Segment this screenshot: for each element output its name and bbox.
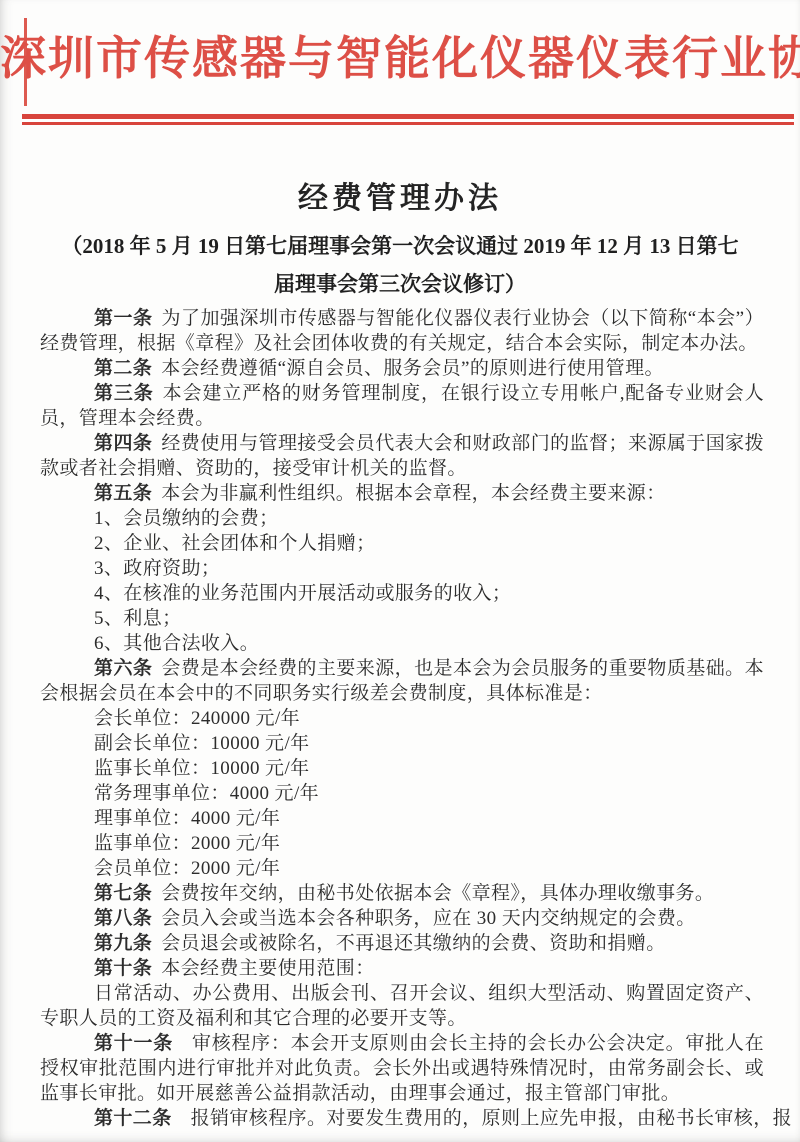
income-source-item-5-text: 5、利息；: [94, 608, 182, 629]
fee-line-executive-director-text: 常务理事单位：4000 元/年: [94, 783, 319, 804]
article-10-text: 本会经费主要使用范围：: [161, 958, 374, 979]
letterhead-double-rule: [22, 114, 794, 125]
article-4: 第四条经费使用与管理接受会员代表大会和财政部门的监督；来源属于国家拨款或者社会捐…: [40, 431, 764, 481]
article-5: 第五条本会为非赢利性组织。根据本会章程，本会经费主要来源：: [40, 481, 764, 506]
scanned-document-page: 深圳市传感器与智能化仪器仪表行业协会 经费管理办法 （2018 年 5 月 19…: [0, 0, 800, 1142]
article-6: 第六条会费是本会经费的主要来源，也是本会为会员服务的重要物质基础。本会根据会员在…: [40, 656, 764, 706]
article-10: 第十条本会经费主要使用范围：: [40, 956, 764, 981]
fee-line-chief-supervisor: 监事长单位：10000 元/年: [40, 756, 764, 781]
article-8-label: 第八条: [94, 908, 152, 929]
article-10-label: 第十条: [94, 958, 152, 979]
fee-line-director-text: 理事单位：4000 元/年: [94, 808, 280, 829]
article-7-text: 会费按年交纳，由秘书处依据本会《章程》，具体办理收缴事务。: [161, 883, 714, 904]
expense-scope-text: 日常活动、办公费用、出版会刊、召开会议、组织大型活动、购置固定资产、专职人员的工…: [40, 983, 764, 1029]
fee-line-vice-president-text: 副会长单位：10000 元/年: [94, 733, 310, 754]
article-1-label: 第一条: [94, 308, 152, 329]
article-9: 第九条会员退会或被除名，不再退还其缴纳的会费、资助和捐赠。: [40, 931, 764, 956]
income-source-item-2-text: 2、企业、社会团体和个人捐赠；: [94, 533, 376, 554]
income-source-item-1: 1、会员缴纳的会费；: [40, 506, 764, 531]
fee-line-member: 会员单位：2000 元/年: [40, 856, 764, 881]
fee-line-president-text: 会长单位：240000 元/年: [94, 708, 300, 729]
article-5-text: 本会为非赢利性组织。根据本会章程，本会经费主要来源：: [161, 483, 665, 504]
article-2-text: 本会经费遵循“源自会员、服务会员”的原则进行使用管理。: [161, 358, 664, 379]
fee-line-executive-director: 常务理事单位：4000 元/年: [40, 781, 764, 806]
letterhead-org-name: 深圳市传感器与智能化仪器仪表行业协会: [0, 22, 800, 96]
article-8: 第八条会员入会或当选本会各种职务，应在 30 天内交纳规定的会费。: [40, 906, 764, 931]
article-6-label: 第六条: [94, 658, 152, 679]
article-12-label: 第十二条: [94, 1108, 172, 1129]
fee-line-supervisor: 监事单位：2000 元/年: [40, 831, 764, 856]
article-12-text: 报销审核程序。对要发生费用的，原则上应先申报，由秘书长审核，报: [191, 1108, 792, 1129]
article-7-label: 第七条: [94, 883, 152, 904]
income-source-item-6: 6、其他合法收入。: [40, 631, 764, 656]
income-source-item-6-text: 6、其他合法收入。: [94, 633, 259, 654]
article-9-label: 第九条: [94, 933, 152, 954]
fee-line-director: 理事单位：4000 元/年: [40, 806, 764, 831]
document-subtitle: （2018 年 5 月 19 日第七届理事会第一次会议通过 2019 年 12 …: [55, 227, 745, 303]
article-8-text: 会员入会或当选本会各种职务，应在 30 天内交纳规定的会费。: [161, 908, 696, 929]
article-5-label: 第五条: [94, 483, 152, 504]
income-source-item-5: 5、利息；: [40, 606, 764, 631]
fee-line-supervisor-text: 监事单位：2000 元/年: [94, 833, 280, 854]
income-source-item-3: 3、政府资助；: [40, 556, 764, 581]
article-12: 第十二条报销审核程序。对要发生费用的，原则上应先申报，由秘书长审核，报: [40, 1106, 764, 1131]
document-title: 经费管理办法: [0, 180, 800, 218]
fee-line-vice-president: 副会长单位：10000 元/年: [40, 731, 764, 756]
article-4-label: 第四条: [94, 433, 152, 454]
article-9-text: 会员退会或被除名，不再退还其缴纳的会费、资助和捐赠。: [161, 933, 665, 954]
income-source-item-3-text: 3、政府资助；: [94, 558, 220, 579]
expense-scope-line: 日常活动、办公费用、出版会刊、召开会议、组织大型活动、购置固定资产、专职人员的工…: [40, 981, 764, 1031]
fee-line-chief-supervisor-text: 监事长单位：10000 元/年: [94, 758, 310, 779]
fee-line-member-text: 会员单位：2000 元/年: [94, 858, 280, 879]
article-1: 第一条为了加强深圳市传感器与智能化仪器仪表行业协会（以下简称“本会”）经费管理，…: [40, 306, 764, 356]
income-source-item-2: 2、企业、社会团体和个人捐赠；: [40, 531, 764, 556]
document-body: 第一条为了加强深圳市传感器与智能化仪器仪表行业协会（以下简称“本会”）经费管理，…: [40, 306, 764, 1131]
income-source-item-4-text: 4、在核准的业务范围内开展活动或服务的收入；: [94, 583, 511, 604]
article-3-label: 第三条: [94, 383, 154, 404]
article-2: 第二条本会经费遵循“源自会员、服务会员”的原则进行使用管理。: [40, 356, 764, 381]
income-source-item-4: 4、在核准的业务范围内开展活动或服务的收入；: [40, 581, 764, 606]
article-11-label: 第十一条: [94, 1033, 173, 1054]
article-7: 第七条会费按年交纳，由秘书处依据本会《章程》，具体办理收缴事务。: [40, 881, 764, 906]
article-3: 第三条本会建立严格的财务管理制度，在银行设立专用帐户,配备专业财会人员，管理本会…: [40, 381, 764, 431]
income-source-item-1-text: 1、会员缴纳的会费；: [94, 508, 279, 529]
article-11: 第十一条审核程序：本会开支原则由会长主持的会长办公会决定。审批人在授权审批范围内…: [40, 1031, 764, 1106]
fee-line-president: 会长单位：240000 元/年: [40, 706, 764, 731]
article-2-label: 第二条: [94, 358, 152, 379]
